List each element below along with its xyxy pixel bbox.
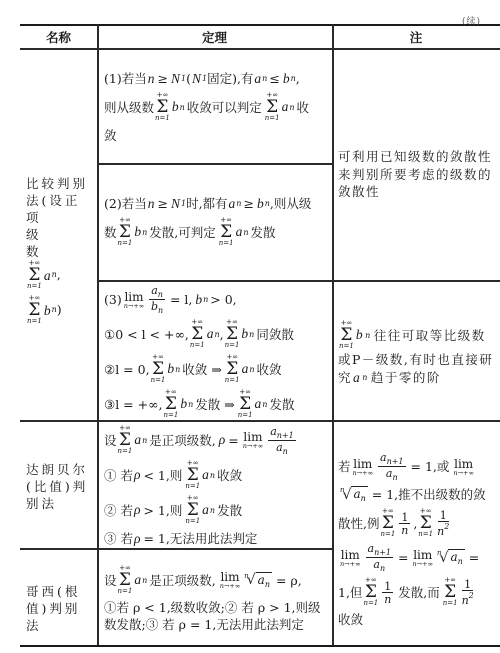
comparison-rule-3-limit-form: (3) limn→+∞ anbn = l, bn > 0, ①0 < l < +… — [104, 285, 330, 424]
sum-symbol: +∞Σn=1 — [380, 508, 395, 539]
sum-symbol: +∞Σn=1 — [190, 319, 205, 350]
header-theorem: 定理 — [97, 28, 332, 46]
sum-symbol: +∞Σn=1 — [363, 577, 378, 608]
sum-symbol: +∞Σn=1 — [185, 460, 200, 491]
nth-root: n√an — [340, 486, 368, 504]
ratio-test-theorem: 设 +∞Σn=1 an 是正项级数, ρ= limn→+∞ an+1an ① 若… — [104, 425, 330, 552]
fraction: 1n — [399, 512, 410, 536]
row-divider-rule1-rule2 — [97, 163, 332, 165]
limit-operator: limn→+∞ — [353, 458, 374, 477]
sum-symbol: +∞Σn=1 — [339, 320, 354, 351]
sum-symbol: +∞Σn=1 — [118, 565, 133, 596]
limit-operator: limn→+∞ — [220, 571, 241, 590]
sum-symbol: +∞Σn=1 — [443, 577, 458, 608]
limit-operator: limn→+∞ — [340, 549, 361, 568]
fraction: an+1an — [378, 452, 406, 482]
fraction: an+1an — [268, 426, 296, 456]
fraction: 1n2 — [462, 579, 474, 606]
limit-operator: limn→+∞ — [453, 458, 474, 477]
limit-operator: limn→+∞ — [243, 431, 264, 450]
comparison-rule-2: (2)若当 n≥ N1 时,都有 an ≥ bn ,则从级 数 +∞Σn=1 b… — [104, 195, 330, 252]
fraction: an+1an — [366, 543, 394, 573]
table-top-rule — [20, 24, 500, 26]
sum-symbol: +∞Σn=1 — [219, 217, 234, 248]
sum-symbol: +∞Σn=1 — [151, 354, 166, 385]
sum-symbol: +∞Σn=1 — [185, 495, 200, 526]
col-divider-1 — [97, 24, 99, 646]
sum-symbol: +∞Σn=1 — [225, 354, 240, 385]
sum-symbol: +∞Σn=1 — [118, 217, 133, 248]
sum-symbol: +∞Σn=1 — [265, 92, 280, 123]
comparison-note-2: +∞Σn=1 bn 往往可取等比级数 或P－级数,有时也直接研 究 an 趋于零… — [338, 320, 498, 391]
sum-symbol: +∞Σn=1 — [27, 295, 42, 326]
limit-operator: limn→+∞ — [124, 291, 145, 310]
continued-mark: (续) — [462, 14, 481, 27]
limit-operator: limn→+∞ — [413, 549, 434, 568]
root-test-name: 哥西(根 值)判别法 — [26, 584, 94, 635]
header-name: 名称 — [20, 28, 97, 46]
col-divider-2 — [332, 24, 334, 646]
comparison-test-name: 比较判别 法(设正项 级 数 +∞Σn=1 an, +∞Σn=1 bn) — [26, 176, 94, 330]
ratio-root-note: 若 limn→+∞ an+1an = 1,或 limn→+∞ n√an = 1,… — [338, 452, 498, 628]
header-bottom-rule — [20, 48, 500, 50]
fraction: anbn — [149, 285, 165, 315]
sum-symbol: +∞Σn=1 — [27, 260, 42, 291]
row-divider-rule2-rule3 — [97, 280, 500, 282]
header-note: 注 — [332, 28, 500, 46]
fraction: 1n2 — [437, 510, 449, 537]
sum-symbol: +∞Σn=1 — [418, 508, 433, 539]
fraction: 1n — [382, 581, 393, 605]
sum-symbol: +∞Σn=1 — [155, 92, 170, 123]
sum-symbol: +∞Σn=1 — [163, 389, 178, 420]
sum-symbol: +∞Σn=1 — [225, 319, 240, 350]
table-bottom-rule — [20, 645, 500, 647]
root-test-theorem: 设 +∞Σn=1 an 是正项级数, limn→+∞ n√an = ρ, ①若 … — [104, 565, 330, 634]
nth-root: n√an — [244, 572, 272, 590]
comparison-note-1: 可利用已知级数的敛散性 来判别所要考虑的级数的 敛散性 — [338, 148, 498, 201]
nth-root: n√an — [437, 549, 465, 567]
sum-symbol: +∞Σn=1 — [118, 425, 133, 456]
comparison-rule-1: (1)若当 n≥ N1 (N1 固定),有 an ≤ bn, 则从级数 +∞Σn… — [104, 70, 330, 149]
sum-symbol: +∞Σn=1 — [238, 389, 253, 420]
ratio-test-name: 达朗贝尔 (比值)判 别法 — [26, 462, 94, 513]
